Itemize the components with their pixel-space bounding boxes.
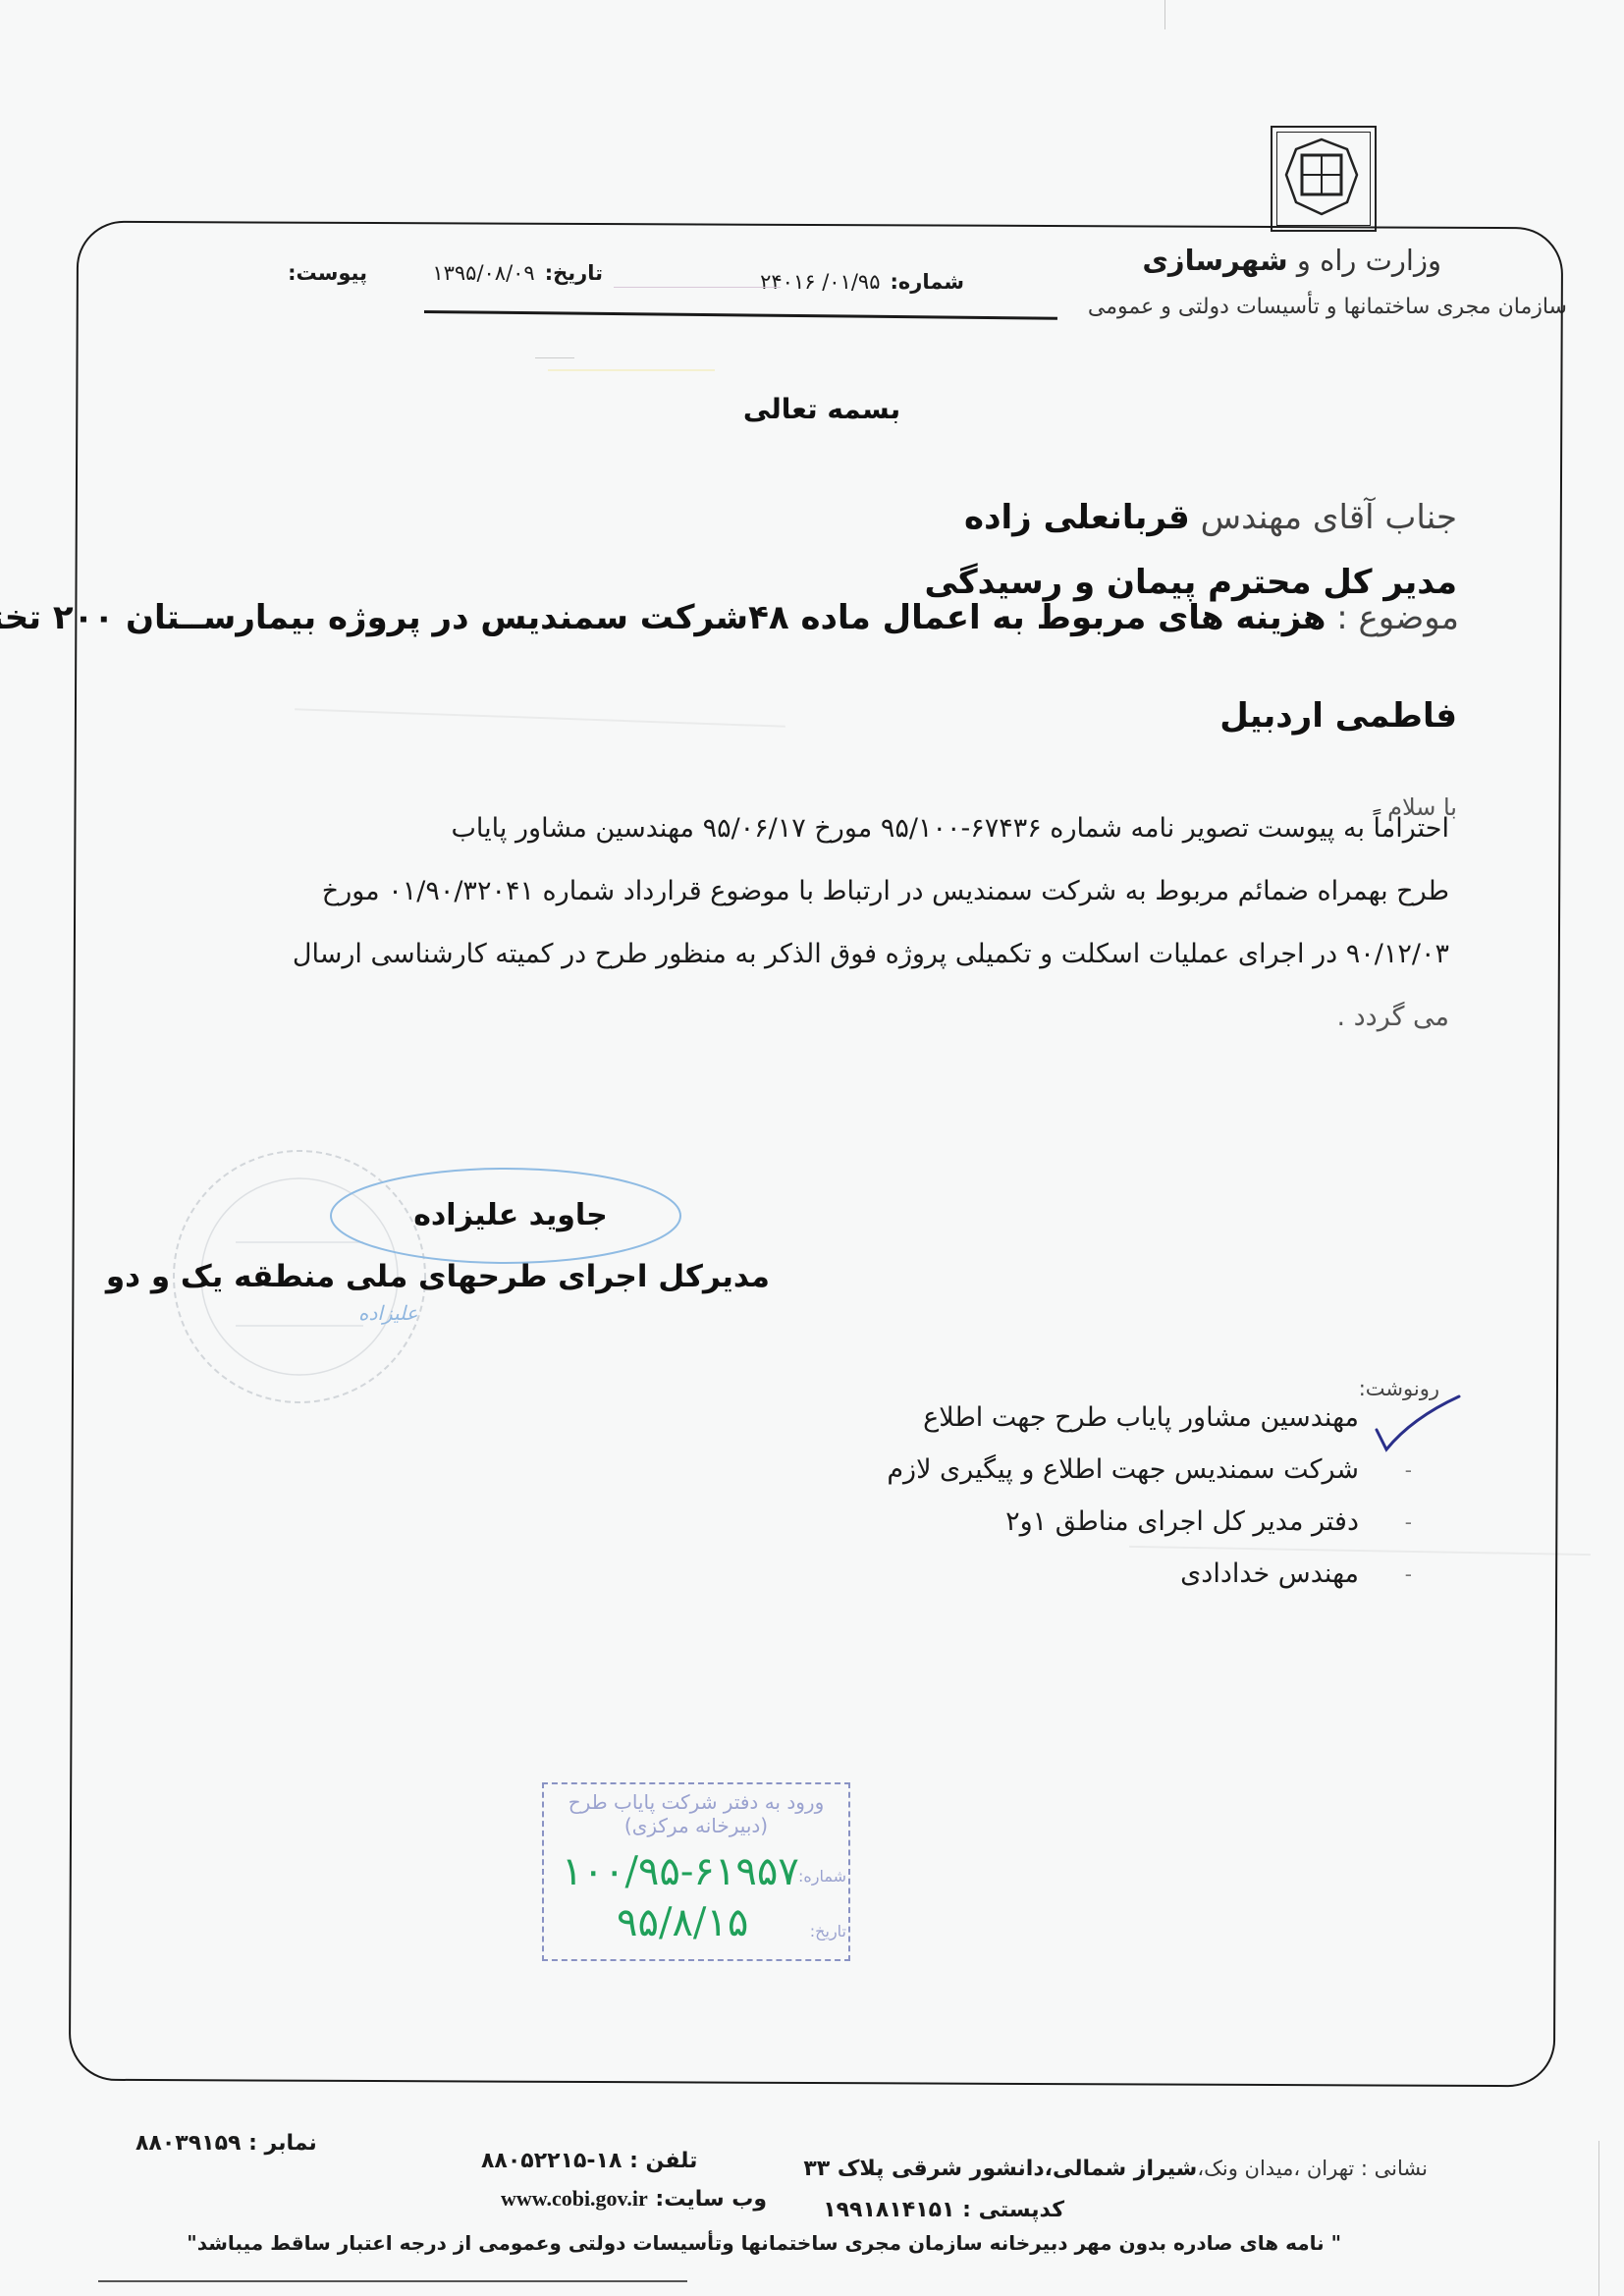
- body-line: ۹۰/۱۲/۰۳ در اجرای عملیات اسکلت و تکمیلی …: [163, 923, 1449, 986]
- cc-item-text: شرکت سمندیس جهت اطلاع و پیگیری لازم: [887, 1454, 1359, 1485]
- bullet-dash: -: [1398, 1510, 1412, 1534]
- body-line: احتراماً به پیوست تصویر نامه شماره ۶۷۴۳۶…: [163, 797, 1449, 860]
- receipt-stamp: ورود به دفتر شرکت پایاب طرح (دبیرخانه مر…: [542, 1782, 850, 1961]
- footer-bottom-line: [98, 2280, 687, 2282]
- bullet-dash: -: [1398, 1562, 1412, 1586]
- addressee-prefix: جناب آقای مهندس: [1190, 498, 1457, 537]
- stamp-line-2: (دبیرخانه مرکزی): [544, 1814, 848, 1837]
- cc-item-text: مهندسین مشاور پایاب طرح جهت اطلاع: [923, 1402, 1359, 1433]
- bullet-dash: -: [1398, 1458, 1412, 1482]
- cc-item: -دفتر مدیر کل اجرای مناطق ۱و۲: [887, 1506, 1412, 1537]
- footer-disclaimer: " نامه های صادره بدون مهر دبیرخانه سازما…: [187, 2231, 1341, 2255]
- subject-line-2: فاطمی اردبیل: [1219, 699, 1457, 733]
- addressee-name: قربانعلی زاده: [964, 498, 1190, 537]
- cc-item-text: دفتر مدیر کل اجرای مناطق ۱و۲: [1005, 1506, 1359, 1537]
- number-value: ۰۱/۹۵/ ۲۴۰۱۶: [760, 270, 880, 294]
- letter-attachment: پیوست:: [288, 261, 367, 285]
- disclaimer-text: " نامه های صادره بدون مهر دبیرخانه سازما…: [187, 2231, 1341, 2255]
- letter-number: شماره: ۰۱/۹۵/ ۲۴۰۱۶: [760, 270, 964, 294]
- letter-date: تاریخ: ۱۳۹۵/۰۸/۰۹: [432, 261, 603, 285]
- address-label: نشانی :: [1354, 2157, 1428, 2180]
- invocation: بسمه تعالی: [0, 393, 1624, 425]
- faint-mark: [548, 369, 715, 371]
- stamp-number-handwritten: ۱۰۰/۹۵-۶۱۹۵۷: [562, 1849, 799, 1894]
- stamp-date-label: تاریخ:: [810, 1922, 846, 1941]
- faint-mark: [535, 357, 574, 358]
- cc-item: -مهندس خدادادی: [887, 1558, 1412, 1589]
- stamp-line-1: ورود به دفتر شرکت پایاب طرح: [544, 1790, 848, 1814]
- subject-line-1: هزینه های مربوط به اعمال ماده ۴۸شرکت سمن…: [0, 598, 1326, 637]
- addressee: جناب آقای مهندس قربانعلی زاده: [964, 501, 1457, 534]
- website-link[interactable]: www.cobi.gov.ir: [501, 2186, 648, 2211]
- cc-item-text: مهندس خدادادی: [1180, 1558, 1359, 1589]
- subject: موضوع : هزینه های مربوط به اعمال ماده ۴۸…: [153, 601, 1459, 634]
- signatory-title: مدیرکل اجرای طرحهای ملی منطقه یک و دو: [106, 1259, 770, 1294]
- signatory-name: جاوید علیزاده: [373, 1198, 648, 1232]
- footer-phone: تلفن : ۱۸-۸۸۰۵۲۲۱۵: [481, 2149, 697, 2173]
- number-underline: [614, 287, 781, 288]
- body-line: می گردد .: [163, 986, 1449, 1049]
- cc-item: مهندسین مشاور پایاب طرح جهت اطلاع: [887, 1402, 1412, 1433]
- address-part-1: تهران ،میدان ونک،: [1197, 2157, 1354, 2180]
- date-value: ۱۳۹۵/۰۸/۰۹: [432, 261, 534, 285]
- website-label: وب سایت:: [648, 2187, 767, 2212]
- cc-list: مهندسین مشاور پایاب طرح جهت اطلاع -شرکت …: [887, 1402, 1412, 1589]
- addressee-title: مدیر کل محترم پیمان و رسیدگی: [925, 566, 1457, 599]
- body-line: طرح بهمراه ضمائم مربوط به شرکت سمندیس در…: [163, 860, 1449, 923]
- scan-edge-line: [1598, 2141, 1599, 2296]
- footer-website: وب سایت: www.cobi.gov.ir: [501, 2186, 767, 2212]
- attachment-label: پیوست:: [288, 261, 367, 285]
- subject-label: موضوع :: [1326, 598, 1459, 637]
- stamp-date-handwritten: ۹۵/۸/۱۵: [617, 1900, 748, 1945]
- number-label: شماره:: [891, 270, 965, 294]
- footer-address: نشانی : تهران ،میدان ونک،شیراز شمالی،دان…: [803, 2157, 1428, 2181]
- scan-edge-line: [1164, 0, 1165, 29]
- footer-postal-code: کدپستی : ۱۹۹۱۸۱۴۱۵۱: [823, 2198, 1064, 2222]
- address-part-2: شیراز شمالی،دانشور شرقی پلاک ۳۳: [803, 2157, 1197, 2181]
- cc-item: -شرکت سمندیس جهت اطلاع و پیگیری لازم: [887, 1454, 1412, 1485]
- ministry-emblem-icon: [1271, 126, 1373, 228]
- handwritten-signature: علیزاده: [358, 1301, 418, 1325]
- footer-fax: نمابر : ۸۸۰۳۹۱۵۹: [135, 2131, 317, 2156]
- stamp-number-label: شماره:: [798, 1867, 846, 1886]
- ministry-logo: [1271, 126, 1377, 232]
- letter-body: احتراماً به پیوست تصویر نامه شماره ۶۷۴۳۶…: [163, 797, 1449, 1049]
- date-label: تاریخ:: [545, 261, 603, 285]
